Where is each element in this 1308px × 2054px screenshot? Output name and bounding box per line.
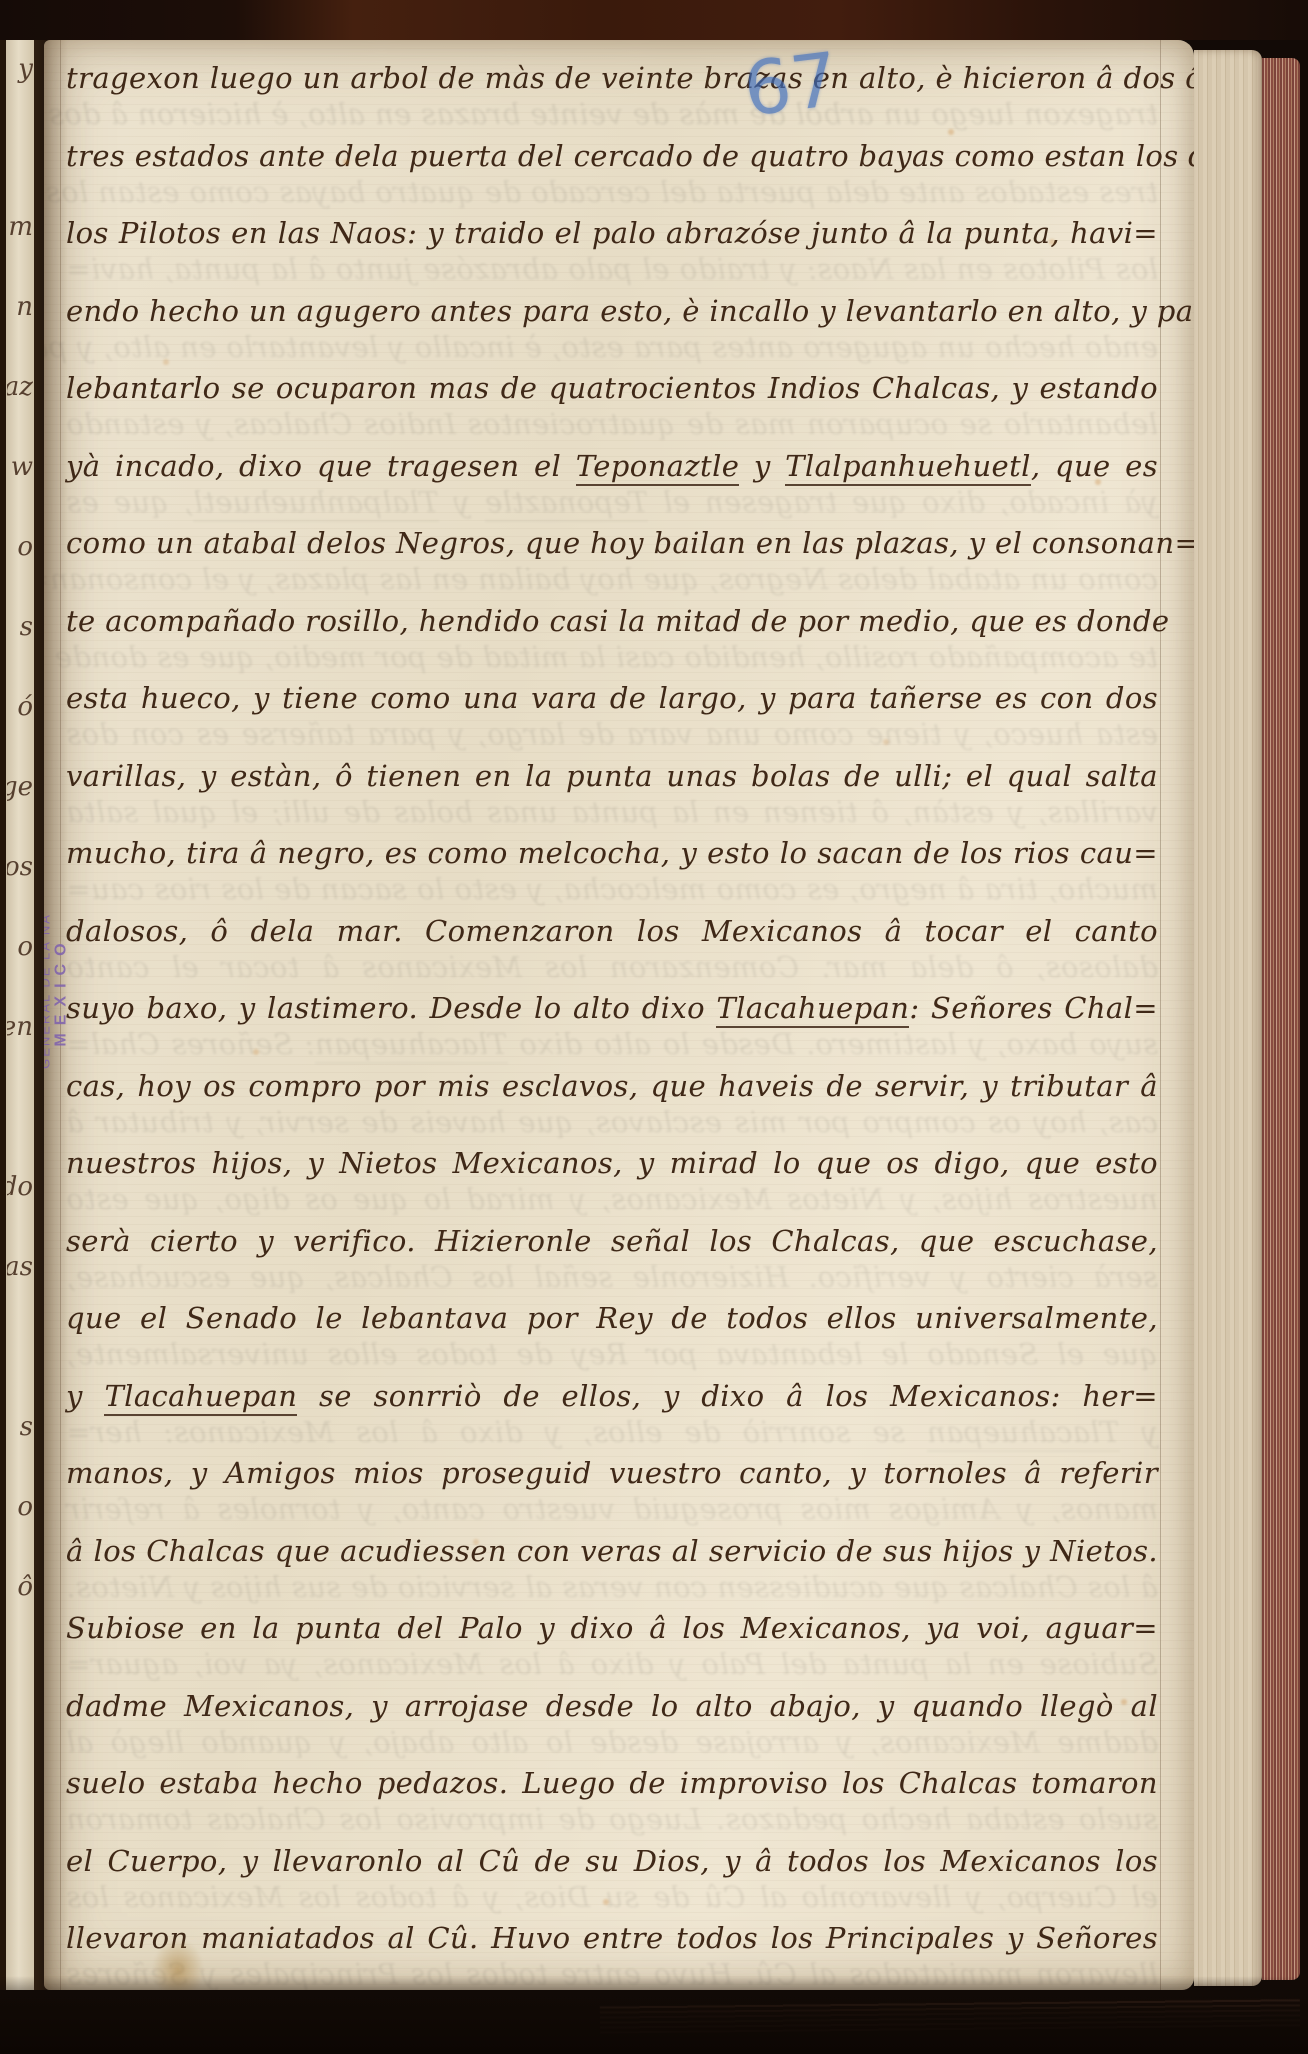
facing-page-text-fragment: y — [7, 54, 33, 84]
manuscript-line-text: tres estados ante dela puerta del cercad… — [66, 139, 1194, 173]
manuscript-line: y Tlacahuepan se sonrriò de ellos, y dix… — [66, 1358, 1158, 1436]
manuscript-line-text: te acompañado rosillo, hendido casi la m… — [66, 604, 1169, 638]
manuscript-line: â los Chalcas que acudiessen con veras a… — [66, 1513, 1158, 1591]
facing-page-text-fragment: n — [7, 292, 33, 322]
manuscript-line-text: los Pilotos en las Naos: y traido el pal… — [66, 216, 1158, 250]
underlined-word: Teponaztle — [576, 449, 740, 486]
facing-page-text-fragment: az — [7, 372, 33, 402]
manuscript-line-text: suelo estaba hecho pedazos. Luego de imp… — [66, 1766, 1158, 1800]
manuscript-line: cas, hoy os compro por mis esclavos, que… — [66, 1048, 1158, 1126]
library-stamp-line2: MEXICO — [53, 846, 71, 1136]
manuscript-line-text: tragexon luego un arbol de màs de veinte… — [66, 61, 1194, 95]
manuscript-line: mucho, tira â negro, es como melcocha, y… — [66, 815, 1158, 893]
manuscript-line: tres estados ante dela puerta del cercad… — [66, 118, 1158, 196]
manuscript-line: dalosos, ô dela mar. Comenzaron los Mexi… — [66, 893, 1158, 971]
facing-page-text-fragment: as — [7, 1252, 33, 1282]
manuscript-line-text: serà cierto y verifico. Hizieronle señal… — [66, 1224, 1158, 1258]
manuscript-line: esta hueco, y tiene como una vara de lar… — [66, 660, 1158, 738]
facing-page-text-fragment: en: — [7, 1012, 33, 1042]
manuscript-book-photo: ymnazwosógemosoen:doassoô tragexon luego… — [0, 0, 1308, 2054]
manuscript-line: lebantarlo se ocuparon mas de quatrocien… — [66, 350, 1158, 428]
manuscript-line-text: : Señores Chal= — [909, 991, 1158, 1025]
library-stamp: GENERAL DE LA NA MEXICO — [44, 846, 82, 1136]
manuscript-line-text: , que es — [1031, 449, 1158, 483]
manuscript-line: Subiose en la punta del Palo y dixo â lo… — [66, 1590, 1158, 1668]
facing-page-text-fragment: s — [7, 1412, 33, 1442]
library-stamp-text: GENERAL DE LA NA MEXICO — [44, 846, 71, 1136]
facing-page-text-fragment: o — [7, 532, 33, 562]
manuscript-text: tragexon luego un arbol de màs de veinte… — [66, 40, 1158, 1978]
blue-pencil-annotation: 67 — [739, 40, 843, 133]
facing-page-text-fragment: ge — [7, 772, 33, 802]
manuscript-line: manos, y Amigos mios proseguid vuestro c… — [66, 1435, 1158, 1513]
manuscript-line: dadme Mexicanos, y arrojase desde lo alt… — [66, 1668, 1158, 1746]
underlined-word: Tlalpanhuehuetl — [785, 449, 1031, 486]
manuscript-line: yà incado, dixo que tragesen el Teponazt… — [66, 428, 1158, 506]
manuscript-line-text: el Cuerpo, y llevaronlo al Cû de su Dios… — [66, 1844, 1158, 1878]
facing-page-text-fragment: mos — [7, 852, 33, 882]
facing-page-text-fragment: s — [7, 612, 33, 642]
foxing-spots — [44, 40, 48, 44]
manuscript-line-text: llevaron maniatados al Cû. Huvo entre to… — [66, 1921, 1158, 1955]
facing-page-text-fragment: m — [7, 212, 33, 242]
book-binding-top — [0, 0, 1308, 40]
library-stamp-line1: GENERAL DE LA NA — [44, 846, 53, 1136]
manuscript-line: nuestros hijos, y Nietos Mexicanos, y mi… — [66, 1125, 1158, 1203]
manuscript-line: los Pilotos en las Naos: y traido el pal… — [66, 195, 1158, 273]
manuscript-line-text: como un atabal delos Negros, que hoy bai… — [66, 526, 1194, 560]
manuscript-line-text: esta hueco, y tiene como una vara de lar… — [66, 681, 1158, 715]
right-margin-rule — [1160, 40, 1161, 1990]
manuscript-line-text: cas, hoy os compro por mis esclavos, que… — [66, 1069, 1158, 1103]
manuscript-line-text: y — [739, 449, 785, 483]
manuscript-line-text: â los Chalcas que acudiessen con veras a… — [66, 1534, 1158, 1568]
manuscript-line-text: varillas, y estàn, ô tienen en la punta … — [66, 759, 1158, 793]
manuscript-line-text: que el Senado le lebantava por Rey de to… — [66, 1301, 1158, 1335]
manuscript-line-text: lebantarlo se ocuparon mas de quatrocien… — [66, 371, 1158, 405]
underlined-word: Tlacahuepan — [104, 1379, 297, 1416]
manuscript-line-text: y — [66, 1379, 104, 1413]
fore-edge-marbling — [1262, 58, 1300, 1980]
manuscript-line: varillas, y estàn, ô tienen en la punta … — [66, 738, 1158, 816]
facing-page-text-fragment: ô — [7, 1572, 33, 1602]
manuscript-line-text: dadme Mexicanos, y arrojase desde lo alt… — [66, 1689, 1158, 1723]
facing-page-text-fragment: do — [7, 1172, 33, 1202]
manuscript-line: llevaron maniatados al Cû. Huvo entre to… — [66, 1900, 1158, 1978]
manuscript-line-text: manos, y Amigos mios proseguid vuestro c… — [66, 1456, 1158, 1490]
manuscript-line: como un atabal delos Negros, que hoy bai… — [66, 505, 1158, 583]
manuscript-line: el Cuerpo, y llevaronlo al Cû de su Dios… — [66, 1823, 1158, 1901]
manuscript-line: te acompañado rosillo, hendido casi la m… — [66, 583, 1158, 661]
manuscript-line: suyo baxo, y lastimero. Desde lo alto di… — [66, 970, 1158, 1048]
manuscript-line-text: nuestros hijos, y Nietos Mexicanos, y mi… — [66, 1146, 1158, 1180]
manuscript-line-text: Subiose en la punta del Palo y dixo â lo… — [66, 1611, 1158, 1645]
manuscript-line-text: endo hecho un agugero antes para esto, è… — [66, 294, 1194, 328]
manuscript-line-text: se sonrriò de ellos, y dixo â los Mexica… — [297, 1379, 1158, 1413]
manuscript-line: tragexon luego un arbol de màs de veinte… — [66, 40, 1158, 118]
page-edges-stack — [1194, 50, 1262, 1986]
book-bottom-shadow — [0, 1976, 1308, 2054]
manuscript-line-text: suyo baxo, y lastimero. Desde lo alto di… — [66, 991, 716, 1025]
manuscript-line: que el Senado le lebantava por Rey de to… — [66, 1280, 1158, 1358]
manuscript-page: tragexon luego un arbol de màs de veinte… — [44, 40, 1194, 1990]
facing-page-text-fragment: ó — [7, 692, 33, 722]
manuscript-line-text: yà incado, dixo que tragesen el — [66, 449, 576, 483]
manuscript-line-text: dalosos, ô dela mar. Comenzaron los Mexi… — [66, 914, 1158, 948]
underlined-word: Tlacahuepan — [716, 991, 909, 1028]
manuscript-line: serà cierto y verifico. Hizieronle señal… — [66, 1203, 1158, 1281]
manuscript-line: suelo estaba hecho pedazos. Luego de imp… — [66, 1745, 1158, 1823]
facing-page-text-fragment: o — [7, 932, 33, 962]
manuscript-line-text: mucho, tira â negro, es como melcocha, y… — [66, 836, 1158, 870]
facing-page-edge: ymnazwosógemosoen:doassoô — [0, 40, 34, 1990]
facing-page-text-fragment: o — [7, 1492, 33, 1522]
facing-page-text-fragment: w — [7, 452, 33, 482]
manuscript-line: endo hecho un agugero antes para esto, è… — [66, 273, 1158, 351]
